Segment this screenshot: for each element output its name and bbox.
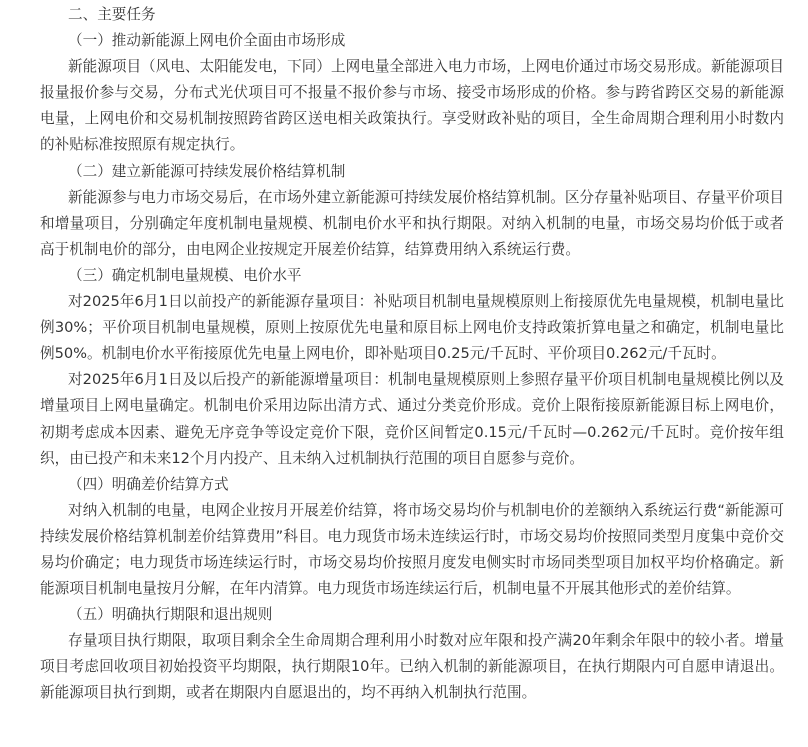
paragraph: 新能源项目（风电、太阳能发电，下同）上网电量全部进入电力市场，上网电价通过市场交… — [40, 54, 784, 158]
paragraph: 对2025年6月1日及以后投产的新能源增量项目：机制电量规模原则上参照存量平价项… — [40, 367, 784, 471]
subsection-heading-1: （一）推动新能源上网电价全面由市场形成 — [40, 28, 784, 54]
subsection-heading-3: （三）确定机制电量规模、电价水平 — [40, 263, 784, 289]
paragraph: 对纳入机制的电量，电网企业按月开展差价结算，将市场交易均价与机制电价的差额纳入系… — [40, 498, 784, 602]
paragraph: 存量项目执行期限，取项目剩余全生命周期合理利用小时数对应年限和投产满20年剩余年… — [40, 628, 784, 706]
document-body: 二、主要任务 （一）推动新能源上网电价全面由市场形成 新能源项目（风电、太阳能发… — [40, 0, 784, 707]
subsection-heading-4: （四）明确差价结算方式 — [40, 472, 784, 498]
subsection-heading-2: （二）建立新能源可持续发展价格结算机制 — [40, 159, 784, 185]
paragraph: 对2025年6月1日以前投产的新能源存量项目：补贴项目机制电量规模原则上衔接原优… — [40, 289, 784, 367]
subsection-heading-5: （五）明确执行期限和退出规则 — [40, 602, 784, 628]
section-title: 二、主要任务 — [40, 2, 784, 28]
paragraph: 新能源参与电力市场交易后，在市场外建立新能源可持续发展价格结算机制。区分存量补贴… — [40, 185, 784, 263]
